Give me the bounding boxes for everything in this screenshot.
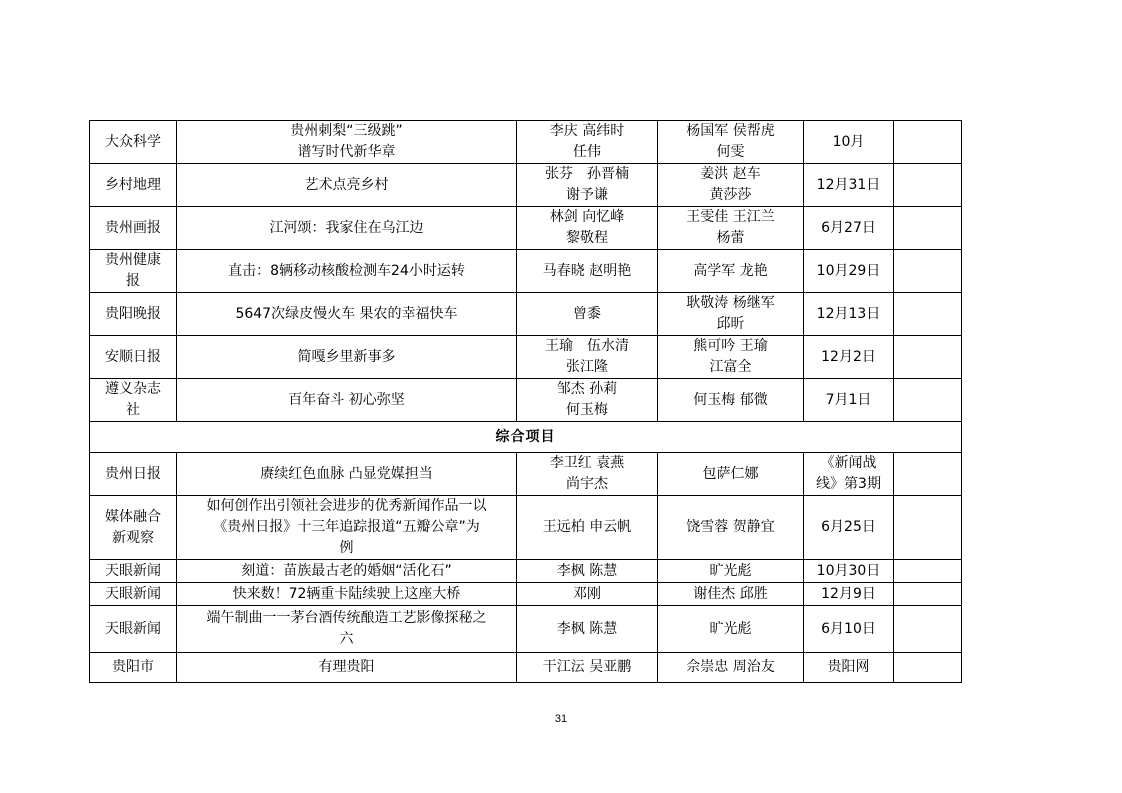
authors-cell-line: 任伟 xyxy=(519,142,655,163)
note-cell xyxy=(894,653,962,683)
editors-cell-line: 邱昕 xyxy=(660,314,801,335)
editors-cell-line: 杨国军 侯帮虎 xyxy=(660,121,801,142)
note-cell xyxy=(894,583,962,606)
publisher-cell-line: 大众科学 xyxy=(92,132,174,153)
date-cell-line: 10月29日 xyxy=(806,261,891,282)
date-cell: 12月9日 xyxy=(804,583,894,606)
publisher-cell-line: 贵阳市 xyxy=(92,657,174,678)
authors-cell-line: 张江隆 xyxy=(519,357,655,378)
publisher-cell-line: 天眼新闻 xyxy=(92,619,174,640)
authors-cell: 王远柏 申云帆 xyxy=(517,496,658,560)
document-page: 大众科学贵州刺梨“三级跳”谱写时代新华章李庆 高纬时任伟杨国军 侯帮虎何雯10月… xyxy=(0,0,1122,793)
title-cell: 如何创作出引领社会进步的优秀新闻作品一以《贵州日报》十三年追踪报道“五瓣公章”为… xyxy=(177,496,517,560)
publisher-cell-line: 天眼新闻 xyxy=(92,561,174,582)
table-row: 天眼新闻刻道：苗族最古老的婚姻“活化石”李枫 陈慧旷光彪10月30日 xyxy=(90,560,962,583)
date-cell-line: 线》第3期 xyxy=(806,474,891,495)
editors-cell-line: 高学军 龙艳 xyxy=(660,261,801,282)
publisher-cell: 天眼新闻 xyxy=(90,606,177,653)
date-cell-line: 6月10日 xyxy=(806,619,891,640)
publisher-cell-line: 社 xyxy=(92,400,174,421)
publisher-cell-line: 新观察 xyxy=(92,528,174,549)
date-cell: 7月1日 xyxy=(804,379,894,422)
date-cell-line: 7月1日 xyxy=(806,390,891,411)
authors-cell-line: 何玉梅 xyxy=(519,400,655,421)
note-cell xyxy=(894,496,962,560)
date-cell: 贵阳网 xyxy=(804,653,894,683)
date-cell-line: 12月31日 xyxy=(806,175,891,196)
publisher-cell: 贵州健康报 xyxy=(90,250,177,293)
note-cell xyxy=(894,293,962,336)
title-cell: 简嘎乡里新事多 xyxy=(177,336,517,379)
authors-cell: 干江沄 吴亚鹏 xyxy=(517,653,658,683)
title-cell: 端午制曲一一茅台酒传统酿造工艺影像探秘之六 xyxy=(177,606,517,653)
date-cell: 12月2日 xyxy=(804,336,894,379)
date-cell: 10月29日 xyxy=(804,250,894,293)
editors-cell: 佘崇忠 周治友 xyxy=(658,653,804,683)
publisher-cell-line: 媒体融合 xyxy=(92,507,174,528)
authors-cell: 张芬 孙晋楠谢予谦 xyxy=(517,164,658,207)
editors-cell: 高学军 龙艳 xyxy=(658,250,804,293)
editors-cell-line: 耿敬涛 杨继军 xyxy=(660,293,801,314)
publisher-cell: 媒体融合新观察 xyxy=(90,496,177,560)
title-cell-line: 直击：8辆移动核酸检测车24小时运转 xyxy=(179,261,514,282)
title-cell-line: 贵州刺梨“三级跳” xyxy=(179,121,514,142)
editors-cell: 姜洪 赵车黄莎莎 xyxy=(658,164,804,207)
editors-cell: 饶雪蓉 贺静宜 xyxy=(658,496,804,560)
authors-cell-line: 林剑 向忆峰 xyxy=(519,207,655,228)
title-cell: 5647次绿皮慢火车 果农的幸福快车 xyxy=(177,293,517,336)
editors-cell: 谢佳杰 邱胜 xyxy=(658,583,804,606)
title-cell-line: 简嘎乡里新事多 xyxy=(179,347,514,368)
date-cell-line: 10月 xyxy=(806,132,891,153)
date-cell: 10月30日 xyxy=(804,560,894,583)
title-cell-line: 如何创作出引领社会进步的优秀新闻作品一以 xyxy=(179,496,514,517)
date-cell: 10月 xyxy=(804,121,894,164)
date-cell: 12月31日 xyxy=(804,164,894,207)
authors-cell: 林剑 向忆峰黎敬程 xyxy=(517,207,658,250)
authors-cell: 李卫红 袁燕尚宇杰 xyxy=(517,453,658,496)
authors-cell-line: 王瑜 伍水清 xyxy=(519,336,655,357)
publisher-cell: 天眼新闻 xyxy=(90,583,177,606)
title-cell-line: 例 xyxy=(179,538,514,559)
note-cell xyxy=(894,453,962,496)
publisher-cell-line: 安顺日报 xyxy=(92,347,174,368)
date-cell-line: 贵阳网 xyxy=(806,657,891,678)
publisher-cell: 贵阳市 xyxy=(90,653,177,683)
authors-cell-line: 马春晓 赵明艳 xyxy=(519,261,655,282)
table-row: 天眼新闻快来数！72辆重卡陆续驶上这座大桥邓刚谢佳杰 邱胜12月9日 xyxy=(90,583,962,606)
editors-cell-line: 饶雪蓉 贺静宜 xyxy=(660,517,801,538)
editors-cell: 杨国军 侯帮虎何雯 xyxy=(658,121,804,164)
title-cell: 赓续红色血脉 凸显党媒担当 xyxy=(177,453,517,496)
title-cell-line: 六 xyxy=(179,629,514,650)
note-cell xyxy=(894,336,962,379)
authors-cell: 曾黍 xyxy=(517,293,658,336)
editors-cell: 耿敬涛 杨继军邱昕 xyxy=(658,293,804,336)
editors-cell-line: 江富全 xyxy=(660,357,801,378)
date-cell: 12月13日 xyxy=(804,293,894,336)
publisher-cell: 贵州画报 xyxy=(90,207,177,250)
date-cell-line: 10月30日 xyxy=(806,561,891,582)
editors-cell-line: 熊可吟 王瑜 xyxy=(660,336,801,357)
table-row: 媒体融合新观察如何创作出引领社会进步的优秀新闻作品一以《贵州日报》十三年追踪报道… xyxy=(90,496,962,560)
editors-cell: 何玉梅 郁微 xyxy=(658,379,804,422)
date-cell: 6月27日 xyxy=(804,207,894,250)
title-cell-line: 江河颂：我家住在乌江边 xyxy=(179,218,514,239)
title-cell-line: 快来数！72辆重卡陆续驶上这座大桥 xyxy=(179,584,514,605)
publisher-cell: 乡村地理 xyxy=(90,164,177,207)
publisher-cell-line: 乡村地理 xyxy=(92,175,174,196)
editors-cell-line: 旷光彪 xyxy=(660,561,801,582)
note-cell xyxy=(894,606,962,653)
authors-cell-line: 邓刚 xyxy=(519,584,655,605)
editors-cell: 旷光彪 xyxy=(658,606,804,653)
authors-cell-line: 李卫红 袁燕 xyxy=(519,453,655,474)
editors-cell-line: 谢佳杰 邱胜 xyxy=(660,584,801,605)
title-cell-line: 刻道：苗族最古老的婚姻“活化石” xyxy=(179,561,514,582)
editors-cell-line: 何玉梅 郁微 xyxy=(660,390,801,411)
date-cell-line: 12月2日 xyxy=(806,347,891,368)
publisher-cell: 贵阳晚报 xyxy=(90,293,177,336)
title-cell-line: 有理贵阳 xyxy=(179,657,514,678)
publisher-cell-line: 天眼新闻 xyxy=(92,584,174,605)
authors-cell: 邓刚 xyxy=(517,583,658,606)
authors-cell: 李枫 陈慧 xyxy=(517,606,658,653)
table-row: 贵州画报江河颂：我家住在乌江边林剑 向忆峰黎敬程王雯佳 王江兰杨蕾6月27日 xyxy=(90,207,962,250)
table-body-group1: 大众科学贵州刺梨“三级跳”谱写时代新华章李庆 高纬时任伟杨国军 侯帮虎何雯10月… xyxy=(90,121,962,422)
editors-cell: 熊可吟 王瑜江富全 xyxy=(658,336,804,379)
authors-cell-line: 李枫 陈慧 xyxy=(519,561,655,582)
authors-cell-line: 李庆 高纬时 xyxy=(519,121,655,142)
publisher-cell-line: 报 xyxy=(92,271,174,292)
note-cell xyxy=(894,207,962,250)
title-cell-line: 百年奋斗 初心弥坚 xyxy=(179,390,514,411)
editors-cell: 王雯佳 王江兰杨蕾 xyxy=(658,207,804,250)
title-cell: 直击：8辆移动核酸检测车24小时运转 xyxy=(177,250,517,293)
publisher-cell-line: 贵阳晚报 xyxy=(92,304,174,325)
section-header-comprehensive: 综合项目 xyxy=(90,422,962,453)
title-cell-line: 赓续红色血脉 凸显党媒担当 xyxy=(179,464,514,485)
page-number: 31 xyxy=(0,713,1122,725)
note-cell xyxy=(894,164,962,207)
publisher-cell: 安顺日报 xyxy=(90,336,177,379)
title-cell: 贵州刺梨“三级跳”谱写时代新华章 xyxy=(177,121,517,164)
editors-cell-line: 黄莎莎 xyxy=(660,185,801,206)
publisher-cell-line: 遵义杂志 xyxy=(92,379,174,400)
editors-cell-line: 何雯 xyxy=(660,142,801,163)
table-row: 贵阳晚报5647次绿皮慢火车 果农的幸福快车曾黍耿敬涛 杨继军邱昕12月13日 xyxy=(90,293,962,336)
title-cell-line: 《贵州日报》十三年追踪报道“五瓣公章”为 xyxy=(179,517,514,538)
publisher-cell-line: 贵州日报 xyxy=(92,464,174,485)
table-body-group2: 贵州日报赓续红色血脉 凸显党媒担当李卫红 袁燕尚宇杰包萨仁娜《新闻战线》第3期媒… xyxy=(90,453,962,683)
title-cell: 百年奋斗 初心弥坚 xyxy=(177,379,517,422)
editors-cell-line: 旷光彪 xyxy=(660,619,801,640)
authors-cell: 邹杰 孙莉何玉梅 xyxy=(517,379,658,422)
title-cell: 艺术点亮乡村 xyxy=(177,164,517,207)
note-cell xyxy=(894,560,962,583)
note-cell xyxy=(894,121,962,164)
publisher-cell: 遵义杂志社 xyxy=(90,379,177,422)
editors-cell: 旷光彪 xyxy=(658,560,804,583)
authors-cell-line: 尚宇杰 xyxy=(519,474,655,495)
date-cell-line: 12月9日 xyxy=(806,584,891,605)
title-cell-line: 谱写时代新华章 xyxy=(179,142,514,163)
title-cell: 江河颂：我家住在乌江边 xyxy=(177,207,517,250)
title-cell-line: 端午制曲一一茅台酒传统酿造工艺影像探秘之 xyxy=(179,608,514,629)
editors-cell-line: 佘崇忠 周治友 xyxy=(660,657,801,678)
editors-cell: 包萨仁娜 xyxy=(658,453,804,496)
authors-cell-line: 李枫 陈慧 xyxy=(519,619,655,640)
publisher-cell: 天眼新闻 xyxy=(90,560,177,583)
authors-cell-line: 曾黍 xyxy=(519,304,655,325)
authors-cell: 马春晓 赵明艳 xyxy=(517,250,658,293)
note-cell xyxy=(894,379,962,422)
date-cell: 《新闻战线》第3期 xyxy=(804,453,894,496)
authors-cell: 王瑜 伍水清张江隆 xyxy=(517,336,658,379)
editors-cell-line: 杨蕾 xyxy=(660,228,801,249)
section-header-row: 综合项目 xyxy=(90,422,962,453)
date-cell-line: 6月27日 xyxy=(806,218,891,239)
table-row: 大众科学贵州刺梨“三级跳”谱写时代新华章李庆 高纬时任伟杨国军 侯帮虎何雯10月 xyxy=(90,121,962,164)
authors-cell-line: 谢予谦 xyxy=(519,185,655,206)
date-cell-line: 6月25日 xyxy=(806,517,891,538)
note-cell xyxy=(894,250,962,293)
authors-cell-line: 邹杰 孙莉 xyxy=(519,379,655,400)
table-row: 贵州健康报直击：8辆移动核酸检测车24小时运转马春晓 赵明艳高学军 龙艳10月2… xyxy=(90,250,962,293)
awards-table: 大众科学贵州刺梨“三级跳”谱写时代新华章李庆 高纬时任伟杨国军 侯帮虎何雯10月… xyxy=(89,120,962,683)
authors-cell-line: 干江沄 吴亚鹏 xyxy=(519,657,655,678)
table-row: 天眼新闻端午制曲一一茅台酒传统酿造工艺影像探秘之六李枫 陈慧旷光彪6月10日 xyxy=(90,606,962,653)
publisher-cell-line: 贵州画报 xyxy=(92,218,174,239)
table-row: 乡村地理艺术点亮乡村张芬 孙晋楠谢予谦姜洪 赵车黄莎莎12月31日 xyxy=(90,164,962,207)
table-row: 安顺日报简嘎乡里新事多王瑜 伍水清张江隆熊可吟 王瑜江富全12月2日 xyxy=(90,336,962,379)
authors-cell-line: 王远柏 申云帆 xyxy=(519,517,655,538)
authors-cell-line: 张芬 孙晋楠 xyxy=(519,164,655,185)
editors-cell-line: 王雯佳 王江兰 xyxy=(660,207,801,228)
date-cell: 6月25日 xyxy=(804,496,894,560)
table-row: 贵阳市有理贵阳干江沄 吴亚鹏佘崇忠 周治友贵阳网 xyxy=(90,653,962,683)
authors-cell: 李庆 高纬时任伟 xyxy=(517,121,658,164)
title-cell: 快来数！72辆重卡陆续驶上这座大桥 xyxy=(177,583,517,606)
table-row: 遵义杂志社百年奋斗 初心弥坚邹杰 孙莉何玉梅何玉梅 郁微7月1日 xyxy=(90,379,962,422)
publisher-cell: 大众科学 xyxy=(90,121,177,164)
publisher-cell-line: 贵州健康 xyxy=(92,250,174,271)
editors-cell-line: 包萨仁娜 xyxy=(660,464,801,485)
date-cell-line: 12月13日 xyxy=(806,304,891,325)
title-cell-line: 艺术点亮乡村 xyxy=(179,175,514,196)
table-row: 贵州日报赓续红色血脉 凸显党媒担当李卫红 袁燕尚宇杰包萨仁娜《新闻战线》第3期 xyxy=(90,453,962,496)
authors-cell-line: 黎敬程 xyxy=(519,228,655,249)
publisher-cell: 贵州日报 xyxy=(90,453,177,496)
editors-cell-line: 姜洪 赵车 xyxy=(660,164,801,185)
authors-cell: 李枫 陈慧 xyxy=(517,560,658,583)
title-cell: 刻道：苗族最古老的婚姻“活化石” xyxy=(177,560,517,583)
title-cell-line: 5647次绿皮慢火车 果农的幸福快车 xyxy=(179,304,514,325)
title-cell: 有理贵阳 xyxy=(177,653,517,683)
date-cell-line: 《新闻战 xyxy=(806,453,891,474)
date-cell: 6月10日 xyxy=(804,606,894,653)
